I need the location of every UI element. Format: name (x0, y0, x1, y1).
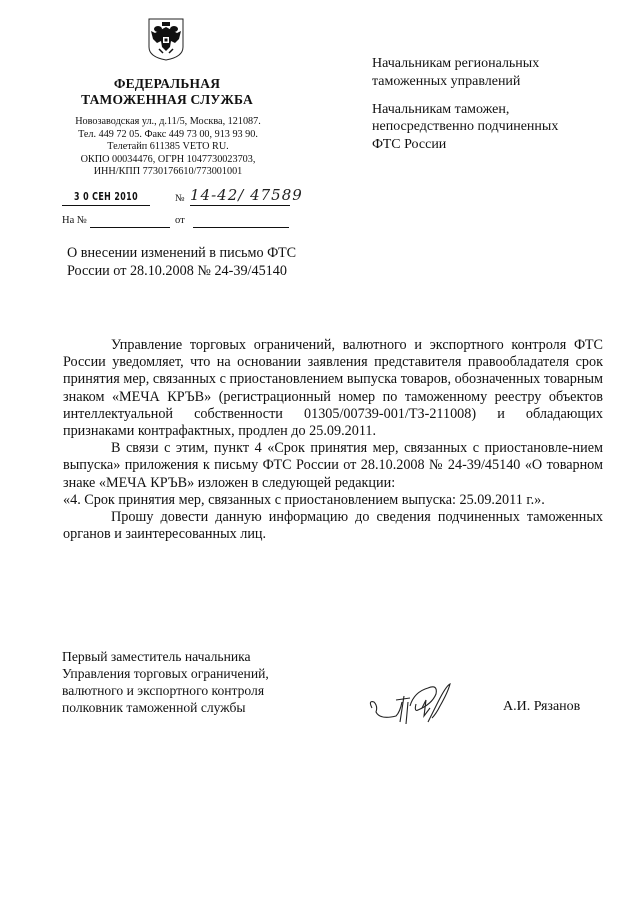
addressee-customs-heads: Начальникам таможен, непосредственно под… (372, 101, 612, 154)
signer-name: А.И. Рязанов (503, 699, 580, 715)
reply-to-number-field (90, 226, 170, 228)
body-paragraph-1: Управление торговых ограничений, валютно… (63, 337, 603, 440)
org-inn-kpp: ИНН/КПП 7730176610/773001001 (58, 166, 278, 179)
letter-subject: О внесении изменений в письмо ФТС России… (67, 244, 327, 280)
letter-number-handwritten: 14-42/ 47589 (190, 186, 290, 206)
body-paragraph-3: «4. Срок принятия мер, связанных с приос… (63, 492, 603, 509)
org-teletype: Телетайп 611385 VETO RU. (58, 141, 278, 154)
org-okpo-ogrn: ОКПО 00034476, ОГРН 1047730023703, (58, 154, 278, 167)
addressees: Начальникам региональных таможенных упра… (372, 55, 612, 164)
reply-from-date-field (193, 226, 289, 228)
signatory-title: Первый заместитель начальника Управления… (62, 648, 322, 716)
letter-date-stamp: 3 0 СЕН 2010 (62, 190, 150, 206)
organization-name: ФЕДЕРАЛЬНАЯ ТАМОЖЕННАЯ СЛУЖБА (62, 76, 272, 108)
org-address: Новозаводская ул., д.11/5, Москва, 12108… (58, 116, 278, 129)
letter-body: Управление торговых ограничений, валютно… (63, 337, 603, 543)
body-paragraph-2: В связи с этим, пункт 4 «Срок принятия м… (63, 440, 603, 492)
reply-from-label: от (175, 215, 185, 226)
letter-number-label: № (175, 193, 185, 204)
org-name-line1: ФЕДЕРАЛЬНАЯ (62, 76, 272, 92)
organization-details: Новозаводская ул., д.11/5, Москва, 12108… (58, 116, 278, 179)
body-paragraph-4: Прошу довести данную информацию до сведе… (63, 509, 603, 543)
org-name-line2: ТАМОЖЕННАЯ СЛУЖБА (62, 92, 272, 108)
org-phone-fax: Тел. 449 72 05. Факс 449 73 00, 913 93 9… (58, 129, 278, 142)
subject-line2: России от 28.10.2008 № 24-39/45140 (67, 262, 327, 280)
subject-line1: О внесении изменений в письмо ФТС (67, 244, 327, 262)
addressee-regional-directorates: Начальникам региональных таможенных упра… (372, 55, 612, 91)
handwritten-signature-icon (366, 672, 476, 732)
reply-to-label: На № (62, 215, 87, 226)
russian-coat-of-arms-icon (145, 17, 187, 61)
